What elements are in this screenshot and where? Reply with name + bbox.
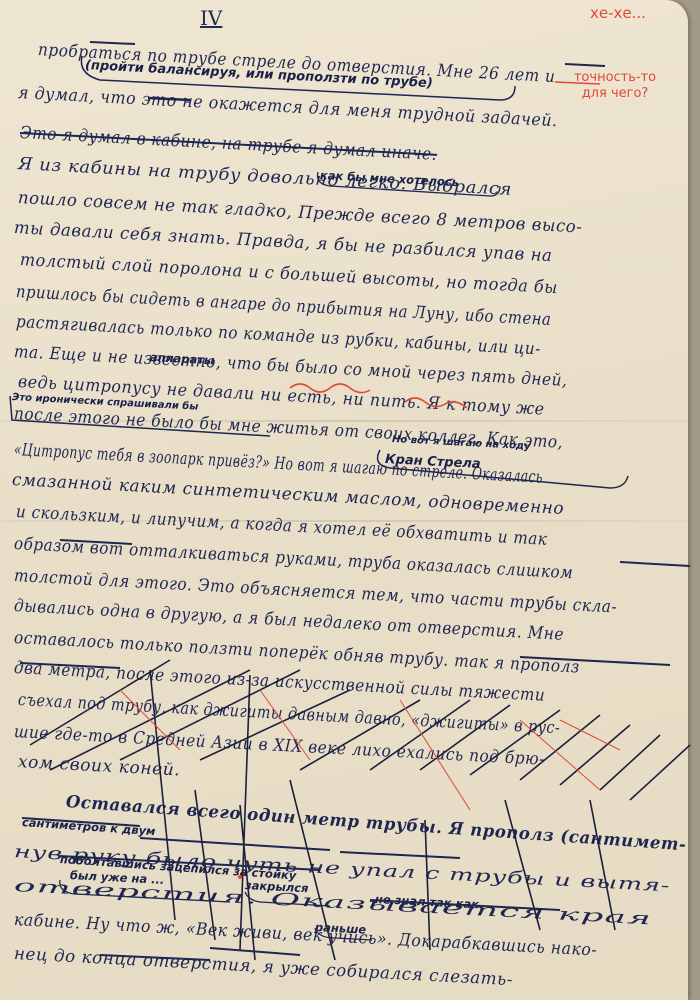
manuscript-page: IV хе-хе... точность-то для чего? пробра…	[0, 0, 688, 1000]
editing-marks	[0, 0, 700, 1000]
